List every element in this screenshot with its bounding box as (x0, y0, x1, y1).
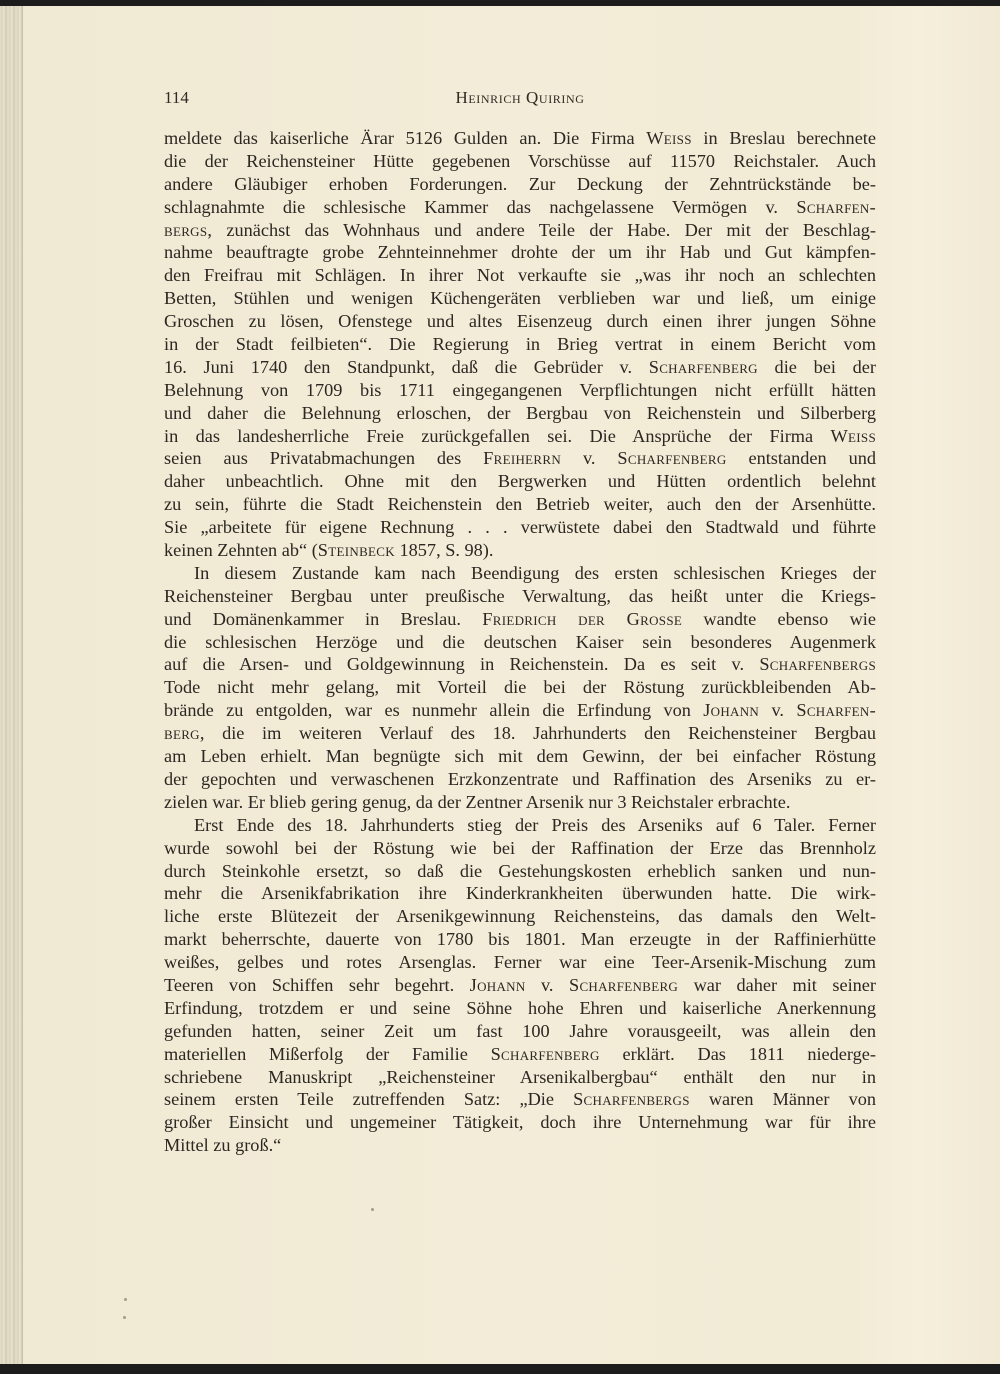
text-segment: erklärt. Das 1811 niederge- (600, 1044, 876, 1064)
text-line: zielen war. Er blieb gering genug, da de… (164, 791, 876, 814)
text-line: die schlesischen Herzöge und die deutsch… (164, 631, 876, 654)
small-caps-name: Scharfenberg (649, 357, 758, 377)
text-line: Betten, Stühlen und wenigen Küchengeräte… (164, 287, 876, 310)
text-segment: Sie „arbeitete für eigene Rechnung . . .… (164, 517, 876, 537)
text-line: nahme beauftragte grobe Zehnteinnehmer d… (164, 241, 876, 264)
text-segment: v. (526, 975, 569, 995)
text-segment: nahme beauftragte grobe Zehnteinnehmer d… (164, 242, 876, 262)
text-segment: großer Einsicht und ungemeiner Tätigkeit… (164, 1112, 876, 1132)
text-line: seinem ersten Teile zutreffenden Satz: „… (164, 1088, 876, 1111)
text-line: schriebene Manuskript „Reichensteiner Ar… (164, 1066, 876, 1089)
small-caps-name: Scharfen- (796, 700, 876, 720)
text-segment: waren Männer von (690, 1089, 876, 1109)
author-header: Heinrich Quiring (164, 88, 876, 108)
text-segment: und daher die Belehnung erloschen, der B… (164, 403, 876, 423)
text-segment: Erst Ende des 18. Jahrhunderts stieg der… (194, 815, 876, 835)
small-caps-name: Scharfenberg (617, 448, 726, 468)
page-edge-stack (0, 6, 22, 1364)
text-line: 16. Juni 1740 den Standpunkt, daß die Ge… (164, 356, 876, 379)
text-segment: , die im weiteren Verlauf des 18. Jahrhu… (200, 723, 876, 743)
text-segment: die bei der (758, 357, 876, 377)
text-segment: Belehnung von 1709 bis 1711 eingegangene… (164, 380, 876, 400)
text-segment: brände zu entgolden, war es nunmehr alle… (164, 700, 703, 720)
text-line: seien aus Privatabmachungen des Freiherr… (164, 447, 876, 470)
text-line: und Domänenkammer in Breslau. Friedrich … (164, 608, 876, 631)
text-line: durch Steinkohle ersetzt, so daß die Ges… (164, 860, 876, 883)
small-caps-name: Scharfen- (796, 197, 876, 217)
text-line: zu sein, führte die Stadt Reichenstein d… (164, 493, 876, 516)
text-segment: gefunden hatten, seiner Zeit um fast 100… (164, 1021, 876, 1041)
small-caps-name: berg (164, 723, 200, 743)
text-segment: seien aus Privatabmachungen des (164, 448, 483, 468)
text-segment: Erfindung, trotzdem er und seine Söhne h… (164, 998, 876, 1018)
small-caps-name: Weiss (831, 426, 877, 446)
text-segment: entstanden und (727, 448, 876, 468)
running-head: 114 Heinrich Quiring (164, 88, 876, 112)
text-line: Erst Ende des 18. Jahrhunderts stieg der… (164, 814, 876, 837)
scan-speck (371, 1208, 374, 1211)
text-line: in das landesherrliche Freie zurückgefal… (164, 425, 876, 448)
text-line: Erfindung, trotzdem er und seine Söhne h… (164, 997, 876, 1020)
text-line: Mittel zu groß.“ (164, 1134, 876, 1157)
small-caps-name: Steinbeck (318, 540, 395, 560)
text-line: liche erste Blütezeit der Arsenikgewinnu… (164, 905, 876, 928)
text-line: schlagnahmte die schlesische Kammer das … (164, 196, 876, 219)
text-segment: Groschen zu lösen, Ofenstege und altes E… (164, 311, 876, 331)
text-segment: auf die Arsen- und Goldgewinnung in Reic… (164, 654, 759, 674)
text-segment: die schlesischen Herzöge und die deutsch… (164, 632, 876, 652)
text-segment: in das landesherrliche Freie zurückgefal… (164, 426, 831, 446)
text-line: Teeren von Schiffen sehr begehrt. Johann… (164, 974, 876, 997)
text-line: Reichensteiner Bergbau unter preußische … (164, 585, 876, 608)
text-line: materiellen Mißerfolg der Familie Scharf… (164, 1043, 876, 1066)
text-segment: materiellen Mißerfolg der Familie (164, 1044, 491, 1064)
text-segment: schlagnahmte die schlesische Kammer das … (164, 197, 796, 217)
text-line: Sie „arbeitete für eigene Rechnung . . .… (164, 516, 876, 539)
text-line: bergs, zunächst das Wohnhaus und andere … (164, 219, 876, 242)
small-caps-name: bergs (164, 220, 207, 240)
text-segment: mehr die Arsenikfabrikation ihre Kinderk… (164, 883, 876, 903)
text-segment: seinem ersten Teile zutreffenden Satz: „… (164, 1089, 573, 1109)
text-segment: daher unbeachtlich. Ohne mit den Bergwer… (164, 471, 876, 491)
text-segment: in Breslau berechnete (692, 128, 876, 148)
text-line: weißes, gelbes und rotes Arsenglas. Fern… (164, 951, 876, 974)
text-segment: in der Stadt feilbieten“. Die Regierung … (164, 334, 876, 354)
text-segment: zielen war. Er blieb gering genug, da de… (164, 792, 790, 812)
body-text: meldete das kaiserliche Ärar 5126 Gulden… (164, 127, 876, 1157)
text-segment: , zunächst das Wohnhaus und andere Teile… (207, 220, 876, 240)
text-line: großer Einsicht und ungemeiner Tätigkeit… (164, 1111, 876, 1134)
text-segment: keinen Zehnten ab“ ( (164, 540, 318, 560)
text-line: am Leben erhielt. Man begnügte sich mit … (164, 745, 876, 768)
text-segment: Reichensteiner Bergbau unter preußische … (164, 586, 876, 606)
small-caps-name: Scharfenberg (569, 975, 678, 995)
text-line: in der Stadt feilbieten“. Die Regierung … (164, 333, 876, 356)
text-segment: schriebene Manuskript „Reichensteiner Ar… (164, 1067, 876, 1087)
text-segment: liche erste Blütezeit der Arsenikgewinnu… (164, 906, 876, 926)
text-line: Groschen zu lösen, Ofenstege und altes E… (164, 310, 876, 333)
text-segment: weißes, gelbes und rotes Arsenglas. Fern… (164, 952, 876, 972)
text-segment: Mittel zu groß.“ (164, 1135, 281, 1155)
text-segment: die der Reichensteiner Hütte gegebenen V… (164, 151, 876, 171)
text-segment: Teeren von Schiffen sehr begehrt. (164, 975, 470, 995)
text-segment: 16. Juni 1740 den Standpunkt, daß die Ge… (164, 357, 649, 377)
text-line: und daher die Belehnung erloschen, der B… (164, 402, 876, 425)
text-segment: v. (759, 700, 796, 720)
text-segment: und Domänenkammer in Breslau. (164, 609, 482, 629)
text-segment: wandte ebenso wie (682, 609, 876, 629)
text-line: meldete das kaiserliche Ärar 5126 Gulden… (164, 127, 876, 150)
text-line: andere Gläubiger erhoben Forderungen. Zu… (164, 173, 876, 196)
text-line: daher unbeachtlich. Ohne mit den Bergwer… (164, 470, 876, 493)
text-line: Tode nicht mehr gelang, mit Vorteil die … (164, 676, 876, 699)
text-line: brände zu entgolden, war es nunmehr alle… (164, 699, 876, 722)
small-caps-name: Scharfenberg (491, 1044, 600, 1064)
text-line: die der Reichensteiner Hütte gegebenen V… (164, 150, 876, 173)
small-caps-name: Scharfenbergs (759, 654, 876, 674)
small-caps-name: Johann (703, 700, 759, 720)
text-line: gefunden hatten, seiner Zeit um fast 100… (164, 1020, 876, 1043)
scan-speck (124, 1298, 127, 1301)
scan-speck (123, 1316, 126, 1319)
gutter-line (22, 6, 23, 1364)
small-caps-name: Weiss (646, 128, 692, 148)
text-segment: v. (561, 448, 617, 468)
text-segment: In diesem Zustande kam nach Beendigung d… (194, 563, 876, 583)
text-line: den Freifrau mit Schlägen. In ihrer Not … (164, 264, 876, 287)
text-segment: 1857, S. 98). (395, 540, 494, 560)
text-line: Belehnung von 1709 bis 1711 eingegangene… (164, 379, 876, 402)
text-segment: der gepochten und verwaschenen Erzkonzen… (164, 769, 876, 789)
text-line: keinen Zehnten ab“ (Steinbeck 1857, S. 9… (164, 539, 876, 562)
text-line: markt beherrschte, dauerte von 1780 bis … (164, 928, 876, 951)
text-segment: andere Gläubiger erhoben Forderungen. Zu… (164, 174, 876, 194)
text-segment: wurde sowohl bei der Röstung wie bei der… (164, 838, 876, 858)
text-segment: markt beherrschte, dauerte von 1780 bis … (164, 929, 876, 949)
small-caps-name: Friedrich der Grosse (482, 609, 682, 629)
text-line: mehr die Arsenikfabrikation ihre Kinderk… (164, 882, 876, 905)
text-line: auf die Arsen- und Goldgewinnung in Reic… (164, 653, 876, 676)
text-segment: Betten, Stühlen und wenigen Küchengeräte… (164, 288, 876, 308)
text-segment: durch Steinkohle ersetzt, so daß die Ges… (164, 861, 876, 881)
text-line: wurde sowohl bei der Röstung wie bei der… (164, 837, 876, 860)
small-caps-name: Freiherrn (483, 448, 561, 468)
text-segment: den Freifrau mit Schlägen. In ihrer Not … (164, 265, 876, 285)
text-line: berg, die im weiteren Verlauf des 18. Ja… (164, 722, 876, 745)
small-caps-name: Johann (470, 975, 526, 995)
text-segment: Tode nicht mehr gelang, mit Vorteil die … (164, 677, 876, 697)
small-caps-name: Scharfenbergs (573, 1089, 690, 1109)
text-segment: am Leben erhielt. Man begnügte sich mit … (164, 746, 876, 766)
text-line: In diesem Zustande kam nach Beendigung d… (164, 562, 876, 585)
text-segment: meldete das kaiserliche Ärar 5126 Gulden… (164, 128, 646, 148)
text-line: der gepochten und verwaschenen Erzkonzen… (164, 768, 876, 791)
text-segment: zu sein, führte die Stadt Reichenstein d… (164, 494, 876, 514)
text-segment: war daher mit seiner (678, 975, 876, 995)
